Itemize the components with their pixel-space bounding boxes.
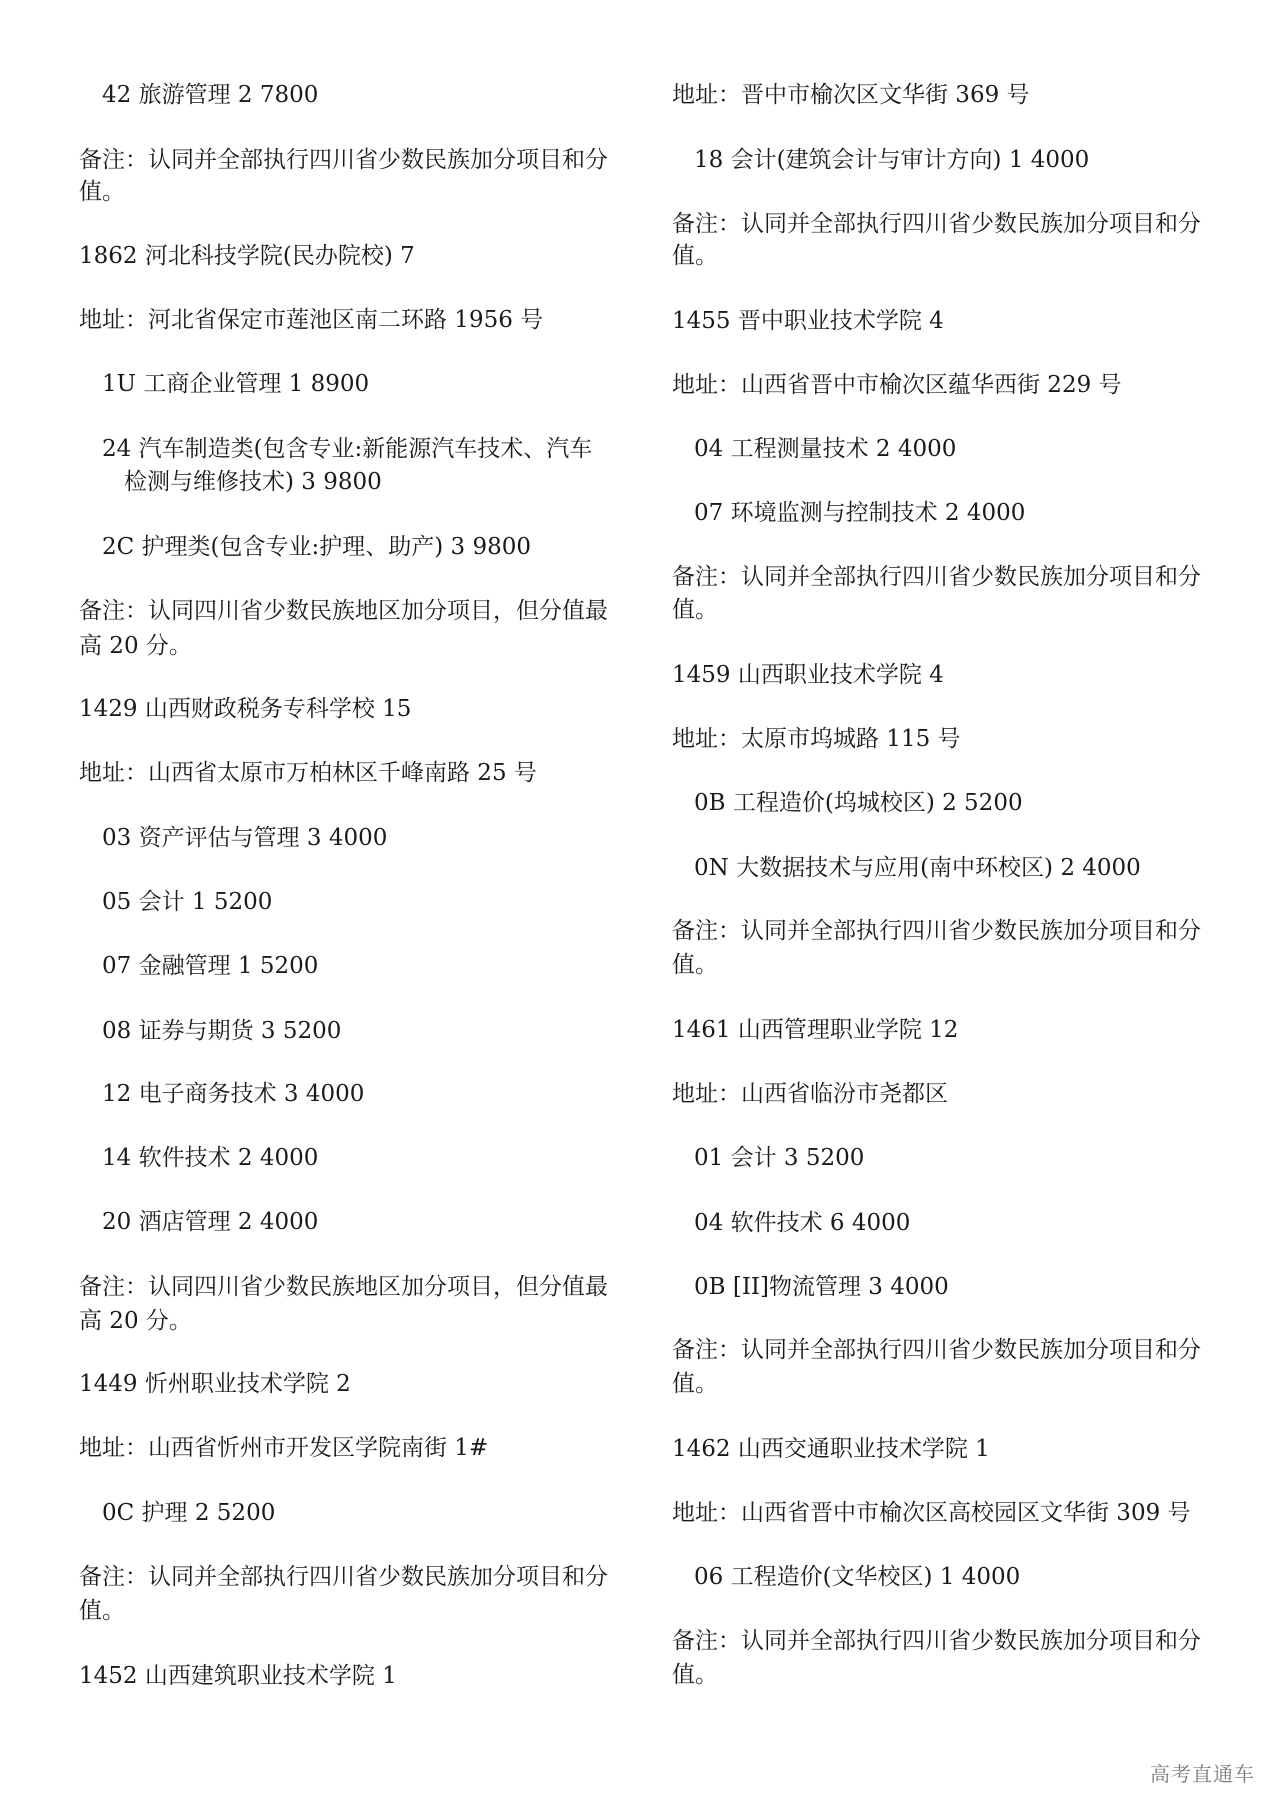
major-line: 0B 工程造价(坞城校区) 2 5200: [694, 786, 1023, 820]
major-line: 24 汽车制造类(包含专业:新能源汽车技术、汽车: [102, 432, 592, 466]
watermark: 高考直通车: [1150, 1758, 1255, 1787]
major-line: 14 软件技术 2 4000: [102, 1141, 318, 1175]
major-line: 04 软件技术 6 4000: [694, 1206, 910, 1240]
major-line: 2C 护理类(包含专业:护理、助产) 3 9800: [102, 530, 531, 564]
school-heading: 1449 忻州职业技术学院 2: [79, 1367, 351, 1401]
school-heading: 1461 山西管理职业学院 12: [672, 1013, 958, 1047]
remark-line: 值。: [79, 1594, 125, 1628]
remark-line: 值。: [672, 1658, 718, 1692]
remark-line: 备注：认同并全部执行四川省少数民族加分项目和分: [672, 560, 1201, 594]
address-line: 地址：山西省太原市万柏林区千峰南路 25 号: [79, 756, 537, 790]
major-line: 07 环境监测与控制技术 2 4000: [694, 496, 1025, 530]
school-heading: 1459 山西职业技术学院 4: [672, 658, 944, 692]
address-line: 地址：山西省临汾市尧都区: [672, 1077, 948, 1111]
address-line: 地址：山西省晋中市榆次区高校园区文华街 309 号: [672, 1496, 1191, 1530]
major-line: 0C 护理 2 5200: [102, 1496, 275, 1530]
remark-line: 备注：认同四川省少数民族地区加分项目，但分值最: [79, 1270, 608, 1304]
school-heading: 1429 山西财政税务专科学校 15: [79, 692, 411, 726]
remark-line: 值。: [672, 593, 718, 627]
remark-line: 值。: [672, 948, 718, 982]
major-line: 42 旅游管理 2 7800: [102, 78, 318, 112]
remark-line: 备注：认同四川省少数民族地区加分项目，但分值最: [79, 594, 608, 628]
school-heading: 1462 山西交通职业技术学院 1: [672, 1432, 990, 1466]
remark-line: 备注：认同并全部执行四川省少数民族加分项目和分: [79, 143, 608, 177]
address-line: 地址：晋中市榆次区文华街 369 号: [672, 78, 1030, 112]
address-line: 地址：山西省忻州市开发区学院南街 1#: [79, 1431, 488, 1465]
address-line: 地址：太原市坞城路 115 号: [672, 722, 961, 756]
major-line: 12 电子商务技术 3 4000: [102, 1077, 364, 1111]
major-line: 0N 大数据技术与应用(南中环校区) 2 4000: [694, 851, 1141, 885]
major-line: 18 会计(建筑会计与审计方向) 1 4000: [694, 143, 1089, 177]
remark-line: 备注：认同并全部执行四川省少数民族加分项目和分: [672, 914, 1201, 948]
remark-line: 高 20 分。: [79, 629, 192, 663]
school-heading: 1455 晋中职业技术学院 4: [672, 304, 944, 338]
major-line: 06 工程造价(文华校区) 1 4000: [694, 1560, 1020, 1594]
major-line: 1U 工商企业管理 1 8900: [102, 367, 369, 401]
major-line: 08 证券与期货 3 5200: [102, 1014, 341, 1048]
remark-line: 备注：认同并全部执行四川省少数民族加分项目和分: [672, 1624, 1201, 1658]
remark-line: 备注：认同并全部执行四川省少数民族加分项目和分: [672, 207, 1201, 241]
major-line: 05 会计 1 5200: [102, 885, 272, 919]
major-line: 20 酒店管理 2 4000: [102, 1205, 318, 1239]
remark-line: 备注：认同并全部执行四川省少数民族加分项目和分: [672, 1333, 1201, 1367]
school-heading: 1862 河北科技学院(民办院校) 7: [79, 239, 415, 273]
major-line: 07 金融管理 1 5200: [102, 949, 318, 983]
remark-line: 值。: [672, 239, 718, 273]
address-line: 地址：河北省保定市莲池区南二环路 1956 号: [79, 303, 543, 337]
major-line: 04 工程测量技术 2 4000: [694, 432, 956, 466]
remark-line: 值。: [672, 1367, 718, 1401]
address-line: 地址：山西省晋中市榆次区蕴华西街 229 号: [672, 368, 1122, 402]
remark-line: 备注：认同并全部执行四川省少数民族加分项目和分: [79, 1560, 608, 1594]
major-line: 03 资产评估与管理 3 4000: [102, 821, 387, 855]
major-line: 01 会计 3 5200: [694, 1141, 864, 1175]
major-line: 检测与维修技术) 3 9800: [124, 465, 382, 499]
remark-line: 值。: [79, 175, 125, 209]
remark-line: 高 20 分。: [79, 1304, 192, 1338]
school-heading: 1452 山西建筑职业技术学院 1: [79, 1659, 397, 1693]
major-line: 0B [II]物流管理 3 4000: [694, 1270, 949, 1304]
